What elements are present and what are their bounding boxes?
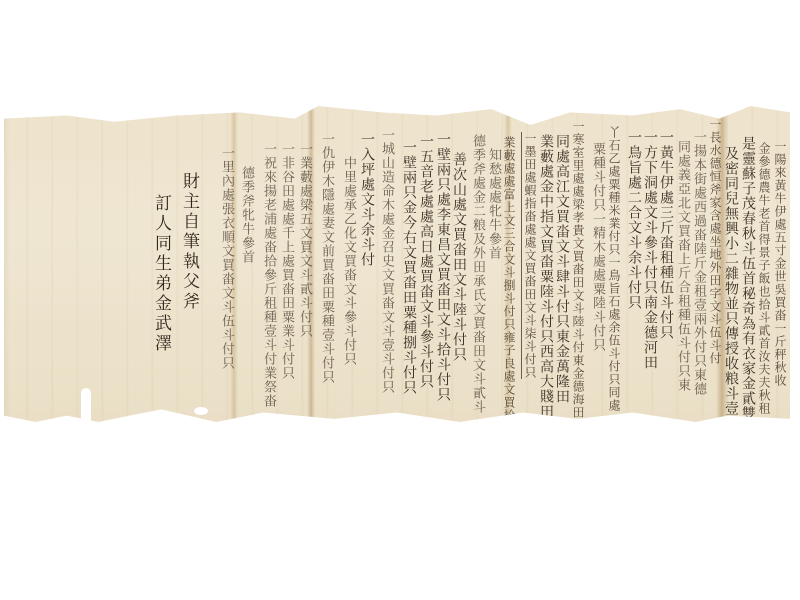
text-column: 業藪處處富上文三合文斗捌斗付只雍子良處文買拾	[503, 136, 515, 422]
text-column: 一業藪處梁五文買文斗貳斗付只	[298, 142, 311, 338]
witness-signature: 訂人同生弟金武澤	[152, 194, 169, 354]
text-column: 一壁兩只金今右文買畓田粟種捌斗付只	[402, 140, 416, 395]
text-column: 及密同兒無興小二雜物並只傳授收粮斗壹首	[724, 146, 738, 431]
text-column: 同處義亞北文買畓上斤合租種伍斗付只東	[676, 140, 689, 392]
text-column: 一五音老處處高日處買畓文斗參斗付只	[419, 134, 433, 389]
text-column: 金參德農牛老首得景子飯也拾斗貳首汝夫夫秋租	[758, 142, 770, 415]
text-column: 一方下洞處文斗參斗付只南金德河田	[643, 130, 657, 370]
text-column: 一陽來黃牛伊處五寸金世吳買畓一斤秤秋收	[774, 140, 786, 387]
text-column: 同處高江文買畓文斗肆斗付只東金萬隆田	[555, 134, 569, 404]
text-column: 一壁兩只處李東昌文買畓田文斗拾斗付只	[436, 132, 450, 402]
text-column: 一黃牛伊處三斤畓租種伍斗付只	[659, 130, 673, 340]
text-column: 一鳥旨處二合文斗余斗付只	[627, 130, 641, 310]
text-column: 德季斧處金二粮及外田承氏文買畓田文斗貳斗	[471, 134, 484, 414]
text-column: 業藪處金中指文買畓粟陸斗付只西高大賤田	[539, 134, 553, 419]
text-column: 一墨田處蝦指畓處處文買畓田文斗柒斗付只	[521, 132, 536, 379]
text-column: 一揚本街處西過畓陸斤金租壹兩外付只東德	[692, 130, 705, 396]
text-column: 善次山處文買畓田文斗陸斗付只	[452, 152, 466, 362]
text-column: 一里內處張衣順文買畓文斗伍斗付只	[220, 146, 233, 370]
paper-tear	[81, 388, 91, 428]
text-column: 德季斧牝牛參首	[240, 166, 253, 264]
text-column: 一城山造命木處金召史文買畓文斗壹斗付只	[380, 128, 393, 394]
text-column: 丫石乙處粟種米業付只一鳥旨石處余伍斗付只同處	[608, 126, 620, 412]
text-column: 一寒室里處處梁孝貴文買畓田文斗陸斗付東金德海田	[572, 120, 584, 419]
text-column: 一入坪處文斗余斗付	[360, 132, 374, 267]
text-column: 一祝來揚老浦處畓拾參斤租種壹斗付業祭畓	[262, 142, 275, 408]
paper-hole	[194, 407, 208, 415]
manuscript-scroll: 一陽來黃牛伊處五寸金世吳買畓一斤秤秋收 金參德農牛老首得景子飯也拾斗貳首汝夫夫秋…	[4, 106, 790, 422]
text-column: 一長水德恒斧家含處坐地外田字文斗伍斗付	[709, 118, 721, 365]
text-column: 中里處承乙化文買畓文斗參斗付只	[342, 156, 355, 366]
text-column: 知愁處處牝牛參首	[487, 148, 500, 260]
text-column: 一非谷田處處千上處買畓田粟業斗付只	[280, 142, 293, 380]
text-column: 粟種斗付只一精木處處粟陸斗付只	[591, 142, 604, 352]
owner-signature: 財主自筆執父斧	[180, 172, 197, 312]
text-column: 是靈蘇子茂春秋斗伍首秘奇為有衣家金貳雙	[741, 136, 755, 421]
text-column: 一仇伊木隱處妻文前買畓田粟種壹斗付只	[320, 132, 333, 384]
